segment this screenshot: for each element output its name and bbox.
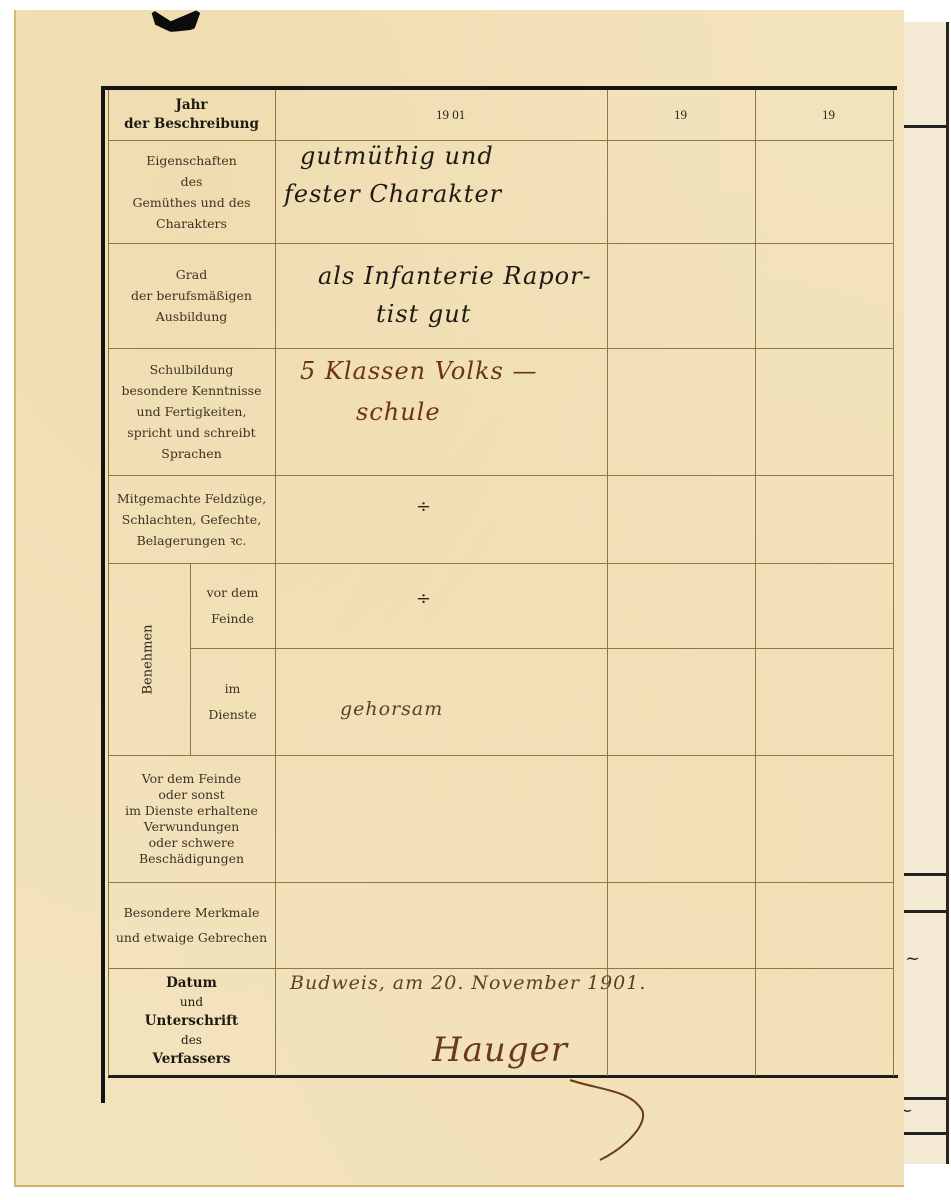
- label-features: Besondere Merkmale und etwaige Gebrechen: [108, 882, 275, 968]
- label-line: Besondere Merkmale: [124, 900, 260, 925]
- label-line: Ausbildung: [156, 306, 228, 327]
- label-line: oder schwere: [149, 835, 235, 851]
- entry-training-line1: als Infanterie Rapor-: [318, 262, 592, 290]
- label-schooling: Schulbildung besondere Kenntnisse und Fe…: [108, 348, 275, 475]
- table-rule: [275, 90, 276, 1076]
- label-line: des: [181, 171, 203, 192]
- label-line: Vor dem Feinde: [142, 771, 241, 787]
- entry-date: Budweis, am 20. November 1901.: [290, 972, 646, 994]
- label-line: Verwundungen: [144, 819, 240, 835]
- table-rule: [893, 90, 894, 1076]
- label-line: Beschädigungen: [139, 851, 244, 867]
- entry-character-line1: gutmüthig und: [300, 142, 494, 170]
- label-line: der berufsmäßigen: [131, 285, 252, 306]
- label-line: Schulbildung: [150, 359, 234, 380]
- entry-conduct-service: gehorsam: [340, 698, 443, 720]
- label-line: Sprachen: [161, 443, 222, 464]
- label-line: Mitgemachte Feldzüge,: [117, 488, 266, 509]
- label-line: Belagerungen ꝛc.: [137, 530, 247, 551]
- underlying-sheet-handwriting: ~: [905, 948, 920, 969]
- entry-signature: Hauger: [432, 1030, 568, 1070]
- label-line: und Fertigkeiten,: [137, 401, 247, 422]
- table-bottom-border: [108, 1075, 898, 1078]
- label-character: Eigenschaften des Gemüthes und des Chara…: [108, 140, 275, 243]
- label-conduct-service: im Dienste: [190, 648, 275, 755]
- label-date-signature: Datum und Unterschrift des Verfassers: [108, 968, 275, 1075]
- signature-flourish: [560, 1060, 660, 1170]
- label-line: im: [225, 676, 241, 702]
- label-conduct-enemy: vor dem Feinde: [190, 563, 275, 648]
- label-line: des: [181, 1031, 202, 1050]
- label-line: Unterschrift: [145, 1012, 238, 1031]
- label-line: Dienste: [208, 702, 256, 728]
- label-line: Gemüthes und des: [132, 192, 250, 213]
- label-line: spricht und schreibt: [127, 422, 255, 443]
- label-wounds: Vor dem Feinde oder sonst im Dienste erh…: [108, 755, 275, 882]
- label-line: im Dienste erhaltene: [125, 803, 258, 819]
- label-line: Eigenschaften: [146, 150, 237, 171]
- label-line: oder sonst: [158, 787, 224, 803]
- entry-training-line2: tist gut: [376, 300, 471, 328]
- header-label-line: Jahr: [175, 96, 207, 115]
- label-campaigns: Mitgemachte Feldzüge, Schlachten, Gefech…: [108, 475, 275, 563]
- label-line: Feinde: [211, 606, 254, 632]
- entry-schooling-line2: schule: [356, 398, 441, 426]
- label-line: besondere Kenntnisse: [122, 380, 262, 401]
- label-training: Grad der berufsmäßigen Ausbildung: [108, 243, 275, 348]
- entry-character-line2: fester Charakter: [284, 180, 502, 208]
- table-rule: [755, 90, 756, 1076]
- year-column-3: 19: [822, 107, 835, 123]
- label-line: Grad: [176, 264, 207, 285]
- label-line: Verfassers: [153, 1050, 231, 1069]
- label-line: und etwaige Gebrechen: [116, 925, 267, 950]
- label-conduct-text: Benehmen: [140, 624, 155, 694]
- table-rule: [190, 648, 894, 649]
- year-column-1: 19 01: [436, 107, 465, 123]
- label-conduct-group: Benehmen: [105, 563, 191, 755]
- header-label-line: der Beschreibung: [124, 115, 259, 134]
- table-rule: [607, 90, 608, 1076]
- entry-campaigns: ÷: [416, 496, 431, 517]
- label-line: vor dem: [207, 580, 259, 606]
- entry-conduct-enemy: ÷: [416, 588, 431, 609]
- label-line: Charakters: [156, 213, 227, 234]
- year-column-2: 19: [674, 107, 687, 123]
- label-line: und: [180, 993, 203, 1012]
- label-line: Schlachten, Gefechte,: [122, 509, 261, 530]
- label-line: Datum: [166, 974, 217, 993]
- entry-schooling-line1: 5 Klassen Volks —: [300, 357, 537, 385]
- header-label: Jahr der Beschreibung: [108, 90, 275, 140]
